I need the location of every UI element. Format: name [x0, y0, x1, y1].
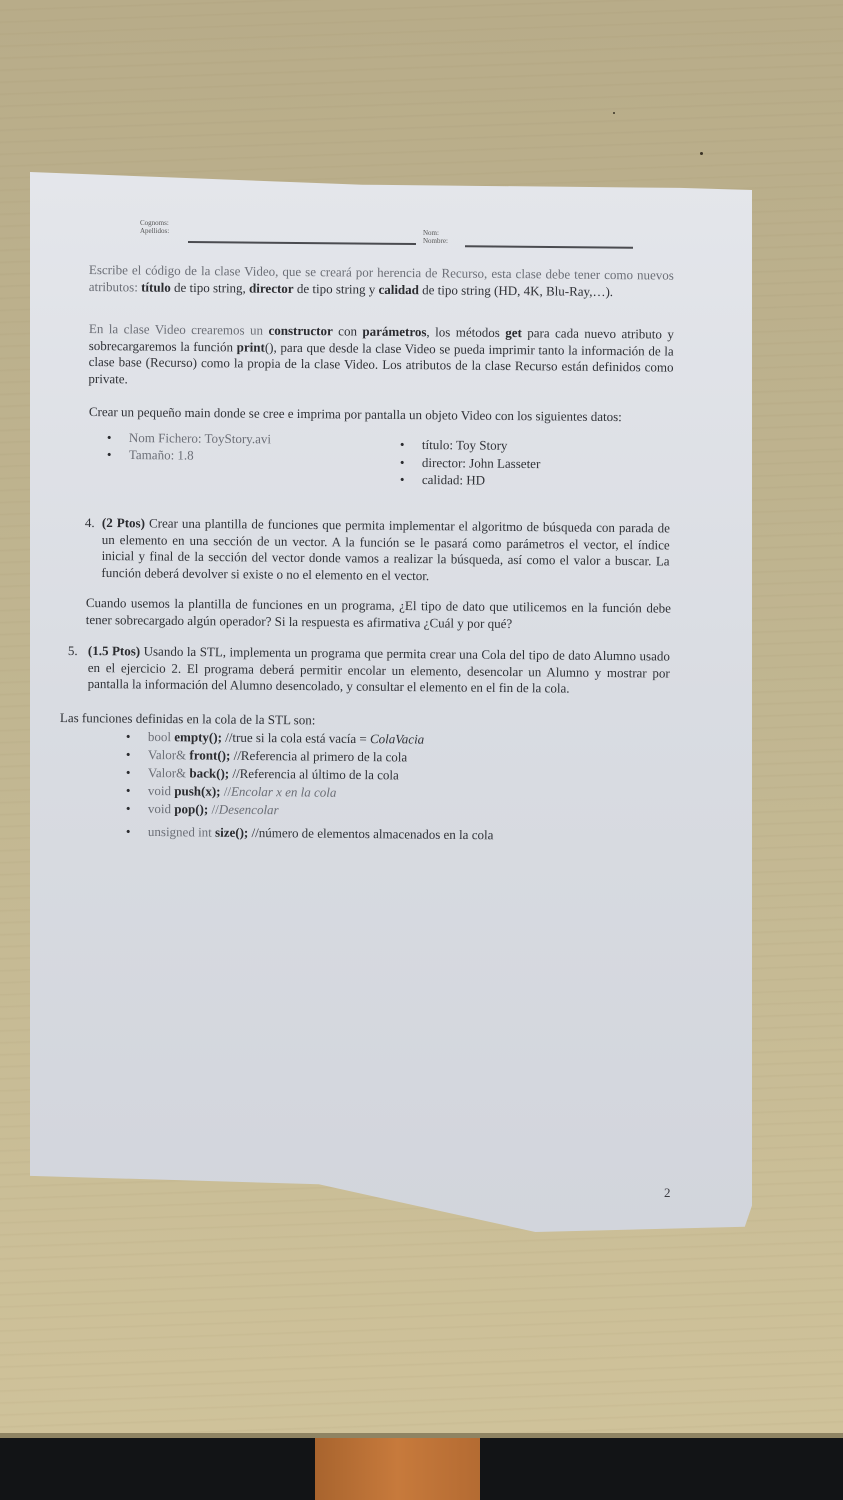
return-type: void — [148, 801, 175, 816]
function-name: pop(); — [174, 801, 208, 816]
stl-function-pop: void pop(); //Desencolar — [148, 801, 279, 818]
name-label: Nom: Nombre: — [423, 229, 448, 245]
comment: //true si la cola está vacía = — [222, 730, 370, 746]
comment: //Referencia al primero de la cola — [230, 748, 407, 765]
text: con — [333, 323, 363, 338]
exercise4-number: 4. — [85, 515, 95, 532]
exercise5-points: (1.5 Ptos) — [88, 643, 140, 659]
surname-label-catalan: Cognoms: — [140, 219, 169, 227]
surname-label-spanish: Apellidos: — [140, 227, 169, 235]
stl-function-front: Valor& front(); //Referencia al primero … — [148, 747, 407, 765]
function-name: size(); — [215, 825, 248, 840]
comment-italic: ColaVacia — [370, 731, 424, 747]
surname-field-line[interactable] — [188, 241, 416, 245]
comment: //número de elementos almacenados en la … — [248, 825, 493, 842]
function-name: empty(); — [174, 729, 222, 744]
comment-italic: Desencolar — [219, 802, 279, 818]
text: Crear una plantilla de funciones que per… — [101, 515, 670, 582]
exam-page-content: Cognoms: Apellidos: Nom: Nombre: Escribe… — [0, 0, 843, 1500]
text: de tipo string y — [294, 280, 379, 296]
exercise3-paragraph-1: Escribe el código de la clase Video, que… — [89, 262, 674, 301]
text: de tipo string, — [171, 279, 249, 295]
return-type: void — [148, 783, 175, 798]
function-name: front(); — [189, 747, 230, 762]
attr-director: director — [249, 280, 294, 295]
text: En la clase Video crearemos un — [89, 321, 269, 338]
keyword-get: get — [505, 325, 522, 340]
exercise3-paragraph-3: Crear un pequeño main donde se cree e im… — [89, 404, 674, 426]
function-name: back(); — [189, 765, 229, 780]
data-item-director: director: John Lasseter — [422, 455, 541, 472]
data-item-size: Tamaño: 1.8 — [129, 447, 194, 464]
name-field-line[interactable] — [465, 245, 633, 248]
name-label-spanish: Nombre: — [423, 237, 448, 245]
text: Usando la STL, implementa un programa qu… — [88, 644, 670, 696]
attr-titulo: título — [141, 279, 171, 294]
comment: // — [220, 784, 231, 799]
name-label-catalan: Nom: — [423, 229, 448, 237]
exercise5-number: 5. — [68, 643, 78, 660]
data-item-titulo: título: Toy Story — [422, 437, 508, 454]
stl-function-empty: bool empty(); //true si la cola está vac… — [148, 729, 424, 748]
stl-function-size: unsigned int size(); //número de element… — [148, 824, 494, 843]
surname-label: Cognoms: Apellidos: — [140, 219, 169, 235]
return-type: Valor& — [148, 747, 190, 762]
data-item-filename: Nom Fichero: ToyStory.avi — [129, 430, 271, 447]
comment: //Referencia al último de la cola — [229, 766, 399, 783]
exercise4-question: Cuando usemos la plantilla de funciones … — [86, 595, 671, 634]
keyword-print: print — [237, 339, 265, 354]
function-name: push(x); — [174, 783, 220, 798]
comment: // — [208, 802, 219, 817]
text: de tipo string (HD, 4K, Blu-Ray,…). — [419, 282, 613, 299]
keyword-parametros: parámetros — [362, 324, 426, 340]
exercise3-paragraph-2: En la clase Video crearemos un construct… — [88, 321, 674, 393]
text: , los métodos — [426, 324, 505, 340]
return-type: Valor& — [148, 765, 190, 780]
exercise4-statement: (2 Ptos) Crear una plantilla de funcione… — [101, 515, 670, 586]
exercise5-intro: Las funciones definidas en la cola de la… — [60, 710, 316, 729]
stl-function-push: void push(x); //Encolar x en la cola — [148, 783, 337, 801]
exercise4-points: (2 Ptos) — [102, 515, 145, 530]
comment-italic: Encolar x en la cola — [231, 784, 337, 800]
return-type: bool — [148, 729, 175, 744]
keyword-constructor: constructor — [268, 323, 332, 339]
attr-calidad: calidad — [378, 281, 419, 296]
return-type: unsigned int — [148, 824, 215, 840]
page-number: 2 — [664, 1185, 671, 1201]
stl-function-back: Valor& back(); //Referencia al último de… — [148, 765, 399, 783]
data-item-calidad: calidad: HD — [422, 472, 485, 489]
exercise5-statement: (1.5 Ptos) Usando la STL, implementa un … — [88, 643, 670, 698]
